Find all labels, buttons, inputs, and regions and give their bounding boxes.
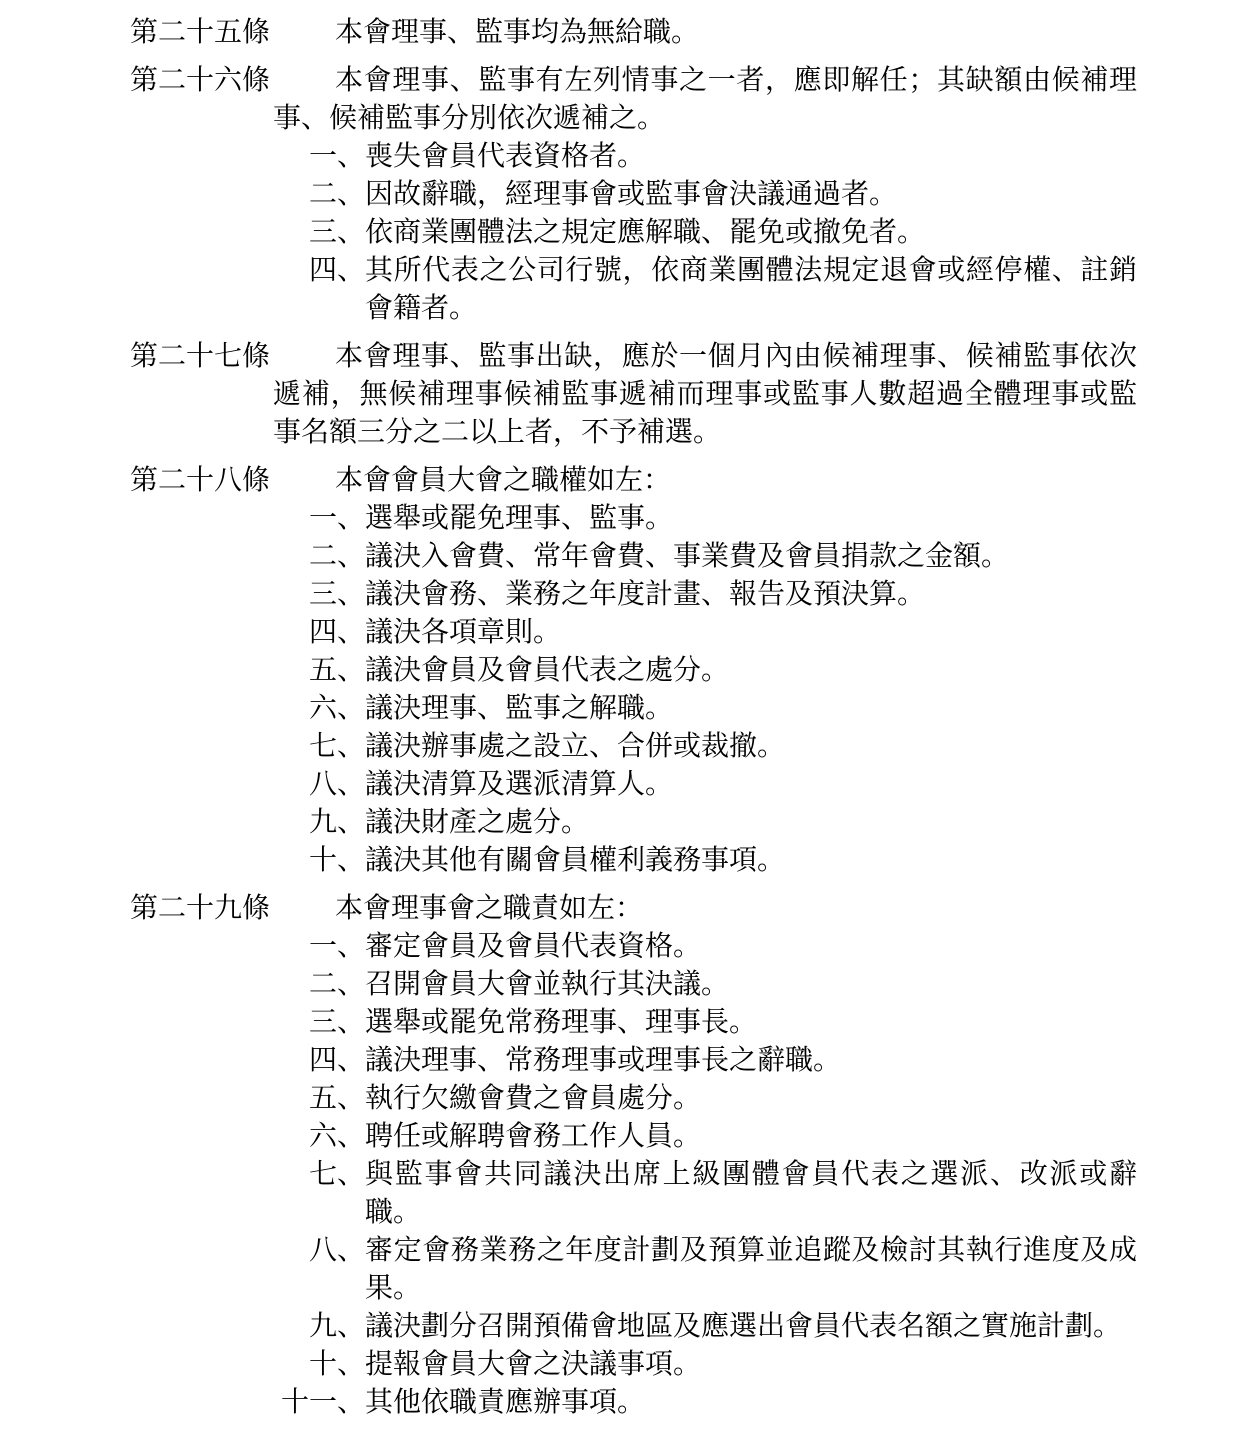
item-number: 七、: [273, 1156, 365, 1232]
item-number: 十一、: [273, 1384, 365, 1422]
list-item: 十一、其他依職責應辦事項。: [273, 1384, 1137, 1422]
article: 第二十九條本會理事會之職責如左：一、審定會員及會員代表資格。二、召開會員大會並執…: [130, 890, 1137, 1422]
list-item: 一、喪失會員代表資格者。: [273, 138, 1137, 176]
item-number: 一、: [273, 928, 365, 966]
article-text: 本會理事、監事均為無給職。: [273, 14, 1137, 52]
item-number: 二、: [273, 538, 365, 576]
list-item: 七、議決辦事處之設立、合併或裁撤。: [273, 728, 1137, 766]
item-text: 喪失會員代表資格者。: [365, 138, 1137, 176]
list-item: 二、議決入會費、常年會費、事業費及會員捐款之金額。: [273, 538, 1137, 576]
item-number: 五、: [273, 1080, 365, 1118]
item-number: 六、: [273, 1118, 365, 1156]
document-page: 第二十五條本會理事、監事均為無給職。第二十六條本會理事、監事有左列情事之一者，應…: [0, 0, 1241, 1453]
item-text: 議決理事、常務理事或理事長之辭職。: [365, 1042, 1137, 1080]
list-item: 五、議決會員及會員代表之處分。: [273, 652, 1137, 690]
article-text: 本會理事會之職責如左：: [273, 890, 1137, 928]
item-number: 十、: [273, 1346, 365, 1384]
list-item: 二、因故辭職，經理事會或監事會決議通過者。: [273, 176, 1137, 214]
item-number: 一、: [273, 138, 365, 176]
list-item: 九、議決財產之處分。: [273, 804, 1137, 842]
item-number: 四、: [273, 252, 365, 328]
item-number: 三、: [273, 576, 365, 614]
item-number: 四、: [273, 614, 365, 652]
list-item: 八、審定會務業務之年度計劃及預算並追蹤及檢討其執行進度及成果。: [273, 1232, 1137, 1308]
item-number: 三、: [273, 214, 365, 252]
article-number: 第二十六條: [130, 62, 270, 100]
list-item: 二、召開會員大會並執行其決議。: [273, 966, 1137, 1004]
article-text: 本會理事、監事出缺，應於一個月內由候補理事、候補監事依次遞補，無候補理事候補監事…: [273, 338, 1137, 452]
list-item: 七、與監事會共同議決出席上級團體會員代表之選派、改派或辭職。: [273, 1156, 1137, 1232]
item-text: 召開會員大會並執行其決議。: [365, 966, 1137, 1004]
item-text: 審定會務業務之年度計劃及預算並追蹤及檢討其執行進度及成果。: [365, 1232, 1137, 1308]
list-item: 六、聘任或解聘會務工作人員。: [273, 1118, 1137, 1156]
list-item: 五、執行欠繳會費之會員處分。: [273, 1080, 1137, 1118]
item-text: 議決各項章則。: [365, 614, 1137, 652]
article-number: 第二十七條: [130, 338, 270, 376]
list-item: 八、議決清算及選派清算人。: [273, 766, 1137, 804]
list-item: 三、依商業團體法之規定應解職、罷免或撤免者。: [273, 214, 1137, 252]
item-number: 五、: [273, 652, 365, 690]
list-item: 三、選舉或罷免常務理事、理事長。: [273, 1004, 1137, 1042]
article: 第二十五條本會理事、監事均為無給職。: [130, 14, 1137, 52]
item-number: 十、: [273, 842, 365, 880]
item-text: 議決入會費、常年會費、事業費及會員捐款之金額。: [365, 538, 1137, 576]
list-item: 四、其所代表之公司行號，依商業團體法規定退會或經停權、註銷會籍者。: [273, 252, 1137, 328]
item-number: 四、: [273, 1042, 365, 1080]
item-text: 審定會員及會員代表資格。: [365, 928, 1137, 966]
item-text: 議決理事、監事之解職。: [365, 690, 1137, 728]
list-item: 三、議決會務、業務之年度計畫、報告及預決算。: [273, 576, 1137, 614]
item-list: 一、喪失會員代表資格者。二、因故辭職，經理事會或監事會決議通過者。三、依商業團體…: [273, 138, 1137, 328]
item-text: 與監事會共同議決出席上級團體會員代表之選派、改派或辭職。: [365, 1156, 1137, 1232]
item-text: 議決會員及會員代表之處分。: [365, 652, 1137, 690]
item-text: 選舉或罷免理事、監事。: [365, 500, 1137, 538]
item-text: 議決其他有關會員權利義務事項。: [365, 842, 1137, 880]
list-item: 九、議決劃分召開預備會地區及應選出會員代表名額之實施計劃。: [273, 1308, 1137, 1346]
item-number: 二、: [273, 176, 365, 214]
item-text: 其所代表之公司行號，依商業團體法規定退會或經停權、註銷會籍者。: [365, 252, 1137, 328]
item-text: 議決會務、業務之年度計畫、報告及預決算。: [365, 576, 1137, 614]
item-list: 一、選舉或罷免理事、監事。二、議決入會費、常年會費、事業費及會員捐款之金額。三、…: [273, 500, 1137, 880]
list-item: 一、選舉或罷免理事、監事。: [273, 500, 1137, 538]
article-text: 本會會員大會之職權如左：: [273, 462, 1137, 500]
list-item: 六、議決理事、監事之解職。: [273, 690, 1137, 728]
item-text: 聘任或解聘會務工作人員。: [365, 1118, 1137, 1156]
list-item: 十、提報會員大會之決議事項。: [273, 1346, 1137, 1384]
list-item: 十、議決其他有關會員權利義務事項。: [273, 842, 1137, 880]
article-text: 本會理事、監事有左列情事之一者，應即解任；其缺額由候補理事、候補監事分別依次遞補…: [273, 62, 1137, 138]
item-number: 九、: [273, 1308, 365, 1346]
item-number: 二、: [273, 966, 365, 1004]
article-number: 第二十五條: [130, 14, 270, 52]
item-number: 三、: [273, 1004, 365, 1042]
list-item: 一、審定會員及會員代表資格。: [273, 928, 1137, 966]
item-text: 其他依職責應辦事項。: [365, 1384, 1137, 1422]
item-text: 執行欠繳會費之會員處分。: [365, 1080, 1137, 1118]
item-number: 八、: [273, 1232, 365, 1308]
item-text: 議決財產之處分。: [365, 804, 1137, 842]
item-text: 選舉或罷免常務理事、理事長。: [365, 1004, 1137, 1042]
item-list: 一、審定會員及會員代表資格。二、召開會員大會並執行其決議。三、選舉或罷免常務理事…: [273, 928, 1137, 1422]
list-item: 四、議決各項章則。: [273, 614, 1137, 652]
item-text: 議決劃分召開預備會地區及應選出會員代表名額之實施計劃。: [365, 1308, 1137, 1346]
article-number: 第二十九條: [130, 890, 270, 928]
item-number: 七、: [273, 728, 365, 766]
item-text: 因故辭職，經理事會或監事會決議通過者。: [365, 176, 1137, 214]
item-number: 九、: [273, 804, 365, 842]
list-item: 四、議決理事、常務理事或理事長之辭職。: [273, 1042, 1137, 1080]
article: 第二十六條本會理事、監事有左列情事之一者，應即解任；其缺額由候補理事、候補監事分…: [130, 62, 1137, 328]
item-text: 議決辦事處之設立、合併或裁撤。: [365, 728, 1137, 766]
item-number: 一、: [273, 500, 365, 538]
item-text: 提報會員大會之決議事項。: [365, 1346, 1137, 1384]
article: 第二十七條本會理事、監事出缺，應於一個月內由候補理事、候補監事依次遞補，無候補理…: [130, 338, 1137, 452]
article: 第二十八條本會會員大會之職權如左：一、選舉或罷免理事、監事。二、議決入會費、常年…: [130, 462, 1137, 880]
item-text: 依商業團體法之規定應解職、罷免或撤免者。: [365, 214, 1137, 252]
item-number: 八、: [273, 766, 365, 804]
article-number: 第二十八條: [130, 462, 270, 500]
item-text: 議決清算及選派清算人。: [365, 766, 1137, 804]
item-number: 六、: [273, 690, 365, 728]
